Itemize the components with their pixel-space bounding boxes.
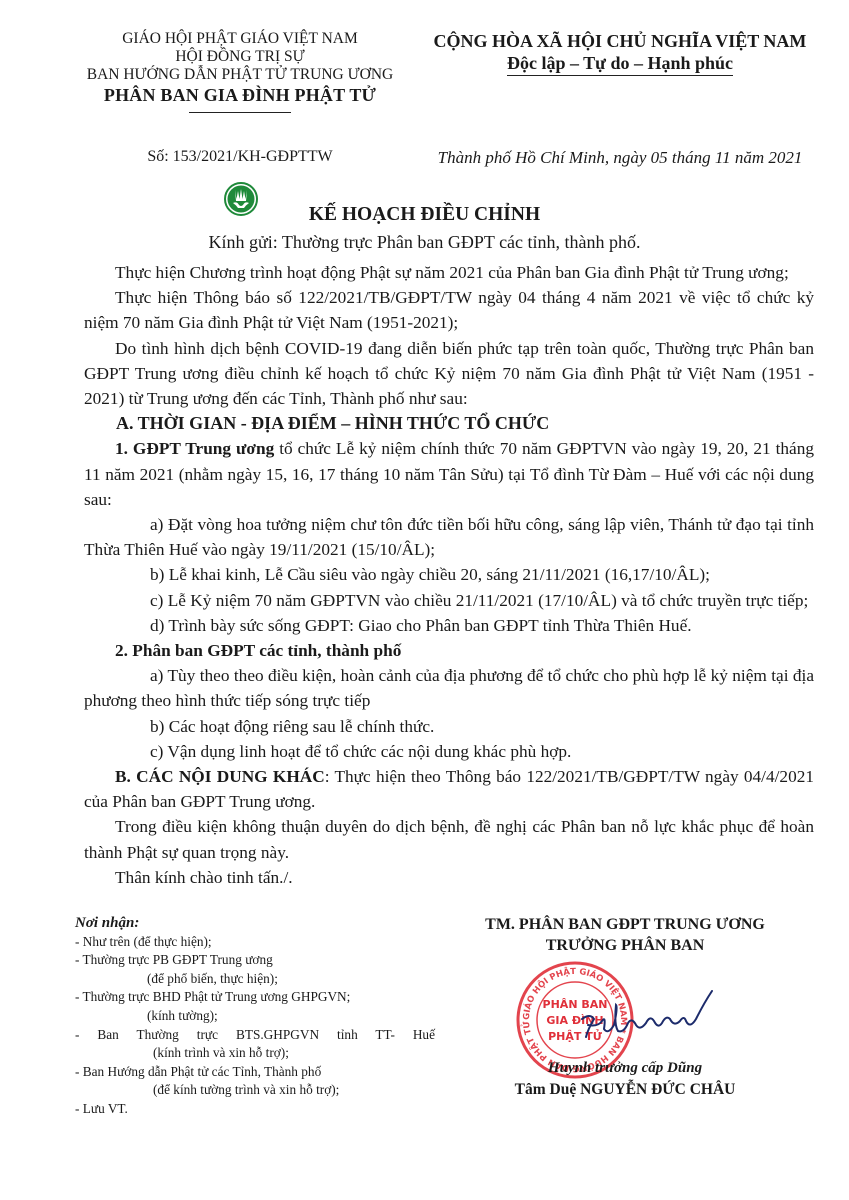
addressee: Kính gửi: Thường trực Phân ban GĐPT các … [0, 232, 849, 253]
recipient-item: - Như trên (để thực hiện); [75, 933, 435, 952]
greeting: Thân kính chào tinh tấn./. [84, 865, 814, 890]
national-motto: Độc lập – Tự do – Hạnh phúc [507, 52, 733, 76]
issuing-organization-block: GIÁO HỘI PHẬT GIÁO VIỆT NAM HỘI ĐỒNG TRỊ… [70, 30, 410, 113]
recipient-item: - Thường trực BHD Phật tử Trung ương GHP… [75, 988, 435, 1007]
recipient-note: (để phổ biến, thực hiện); [75, 970, 435, 989]
org-line-2: HỘI ĐỒNG TRỊ SỰ [70, 48, 410, 66]
item-2-a: a) Tùy theo theo điều kiện, hoàn cảnh củ… [84, 663, 814, 713]
recipient-item: - Ban Hướng dẫn Phật tử các Tỉnh, Thành … [75, 1063, 435, 1082]
org-line-3: BAN HƯỚNG DẪN PHẬT TỬ TRUNG ƯƠNG [70, 66, 410, 84]
org-line-4: PHÂN BAN GIA ĐÌNH PHẬT TỬ [70, 84, 410, 106]
document-title: KẾ HOẠCH ĐIỀU CHỈNH [0, 204, 849, 226]
recipients-heading: Nơi nhận: [75, 914, 435, 933]
signer-rank: Huynh trưởng cấp Dũng [440, 1060, 810, 1077]
paragraph-3: Do tình hình dịch bệnh COVID-19 đang diễ… [84, 336, 814, 412]
signatory-org: TM. PHÂN BAN GĐPT TRUNG ƯƠNG [440, 914, 810, 935]
recipient-note: (kính trình và xin hỗ trợ); [75, 1044, 435, 1063]
section-b: B. CÁC NỘI DUNG KHÁC: Thực hiện theo Thô… [84, 764, 814, 814]
item-1-a: a) Đặt vòng hoa tưởng niệm chư tôn đức t… [84, 512, 814, 562]
item-1-b: b) Lễ khai kinh, Lễ Cầu siêu vào ngày ch… [84, 562, 814, 587]
recipient-note: (để kính tường trình và xin hỗ trợ); [75, 1081, 435, 1100]
republic-name: CỘNG HÒA XÃ HỘI CHỦ NGHĨA VIỆT NAM [410, 30, 830, 52]
document-number: Số: 153/2021/KH-GĐPTTW [70, 148, 410, 166]
item-1-d: d) Trình bày sức sống GĐPT: Giao cho Phâ… [84, 613, 814, 638]
signatory-title: TRƯỞNG PHÂN BAN [440, 935, 810, 956]
item-2-b: b) Các hoạt động riêng sau lễ chính thức… [84, 714, 814, 739]
recipient-item: - Lưu VT. [75, 1100, 435, 1119]
recipients-block: Nơi nhận: - Như trên (để thực hiện); - T… [75, 914, 435, 1119]
paragraph-1: Thực hiện Chương trình hoạt động Phật sự… [84, 260, 814, 285]
recipient-item: - Ban Thường trực BTS.GHPGVN tỉnh TT- Hu… [75, 1026, 435, 1045]
recipient-note: (kính tường); [75, 1007, 435, 1026]
section-a-heading: A. THỜI GIAN - ĐỊA ĐIỂM – HÌNH THỨC TỔ C… [84, 411, 814, 436]
item-1: 1. GĐPT Trung ương tổ chức Lễ kỷ niệm ch… [84, 436, 814, 512]
org-line-1: GIÁO HỘI PHẬT GIÁO VIỆT NAM [70, 30, 410, 48]
signature-block: TM. PHÂN BAN GĐPT TRUNG ƯƠNG TRƯỞNG PHÂN… [440, 914, 810, 956]
place-and-date: Thành phố Hồ Chí Minh, ngày 05 tháng 11 … [410, 148, 830, 168]
item-2-c: c) Vận dụng linh hoạt để tổ chức các nội… [84, 739, 814, 764]
section-b-label: B. CÁC NỘI DUNG KHÁC [115, 767, 325, 786]
item-2-heading: 2. Phân ban GĐPT các tỉnh, thành phố [84, 638, 814, 663]
item-1-c: c) Lễ Kỷ niệm 70 năm GĐPTVN vào chiều 21… [84, 588, 814, 613]
paragraph-2: Thực hiện Thông báo số 122/2021/TB/GĐPT/… [84, 285, 814, 335]
signer-name: Tâm Duệ NGUYỄN ĐỨC CHÂU [440, 1081, 810, 1099]
item-1-label: 1. GĐPT Trung ương [115, 439, 274, 458]
closing-paragraph: Trong điều kiện không thuận duyên do dịc… [84, 814, 814, 864]
recipient-item: - Thường trực PB GĐPT Trung ương [75, 951, 435, 970]
national-motto-block: CỘNG HÒA XÃ HỘI CHỦ NGHĨA VIỆT NAM Độc l… [410, 30, 830, 76]
handwritten-signature [580, 985, 730, 1045]
header-divider [189, 112, 291, 113]
document-body: Thực hiện Chương trình hoạt động Phật sự… [84, 260, 814, 890]
